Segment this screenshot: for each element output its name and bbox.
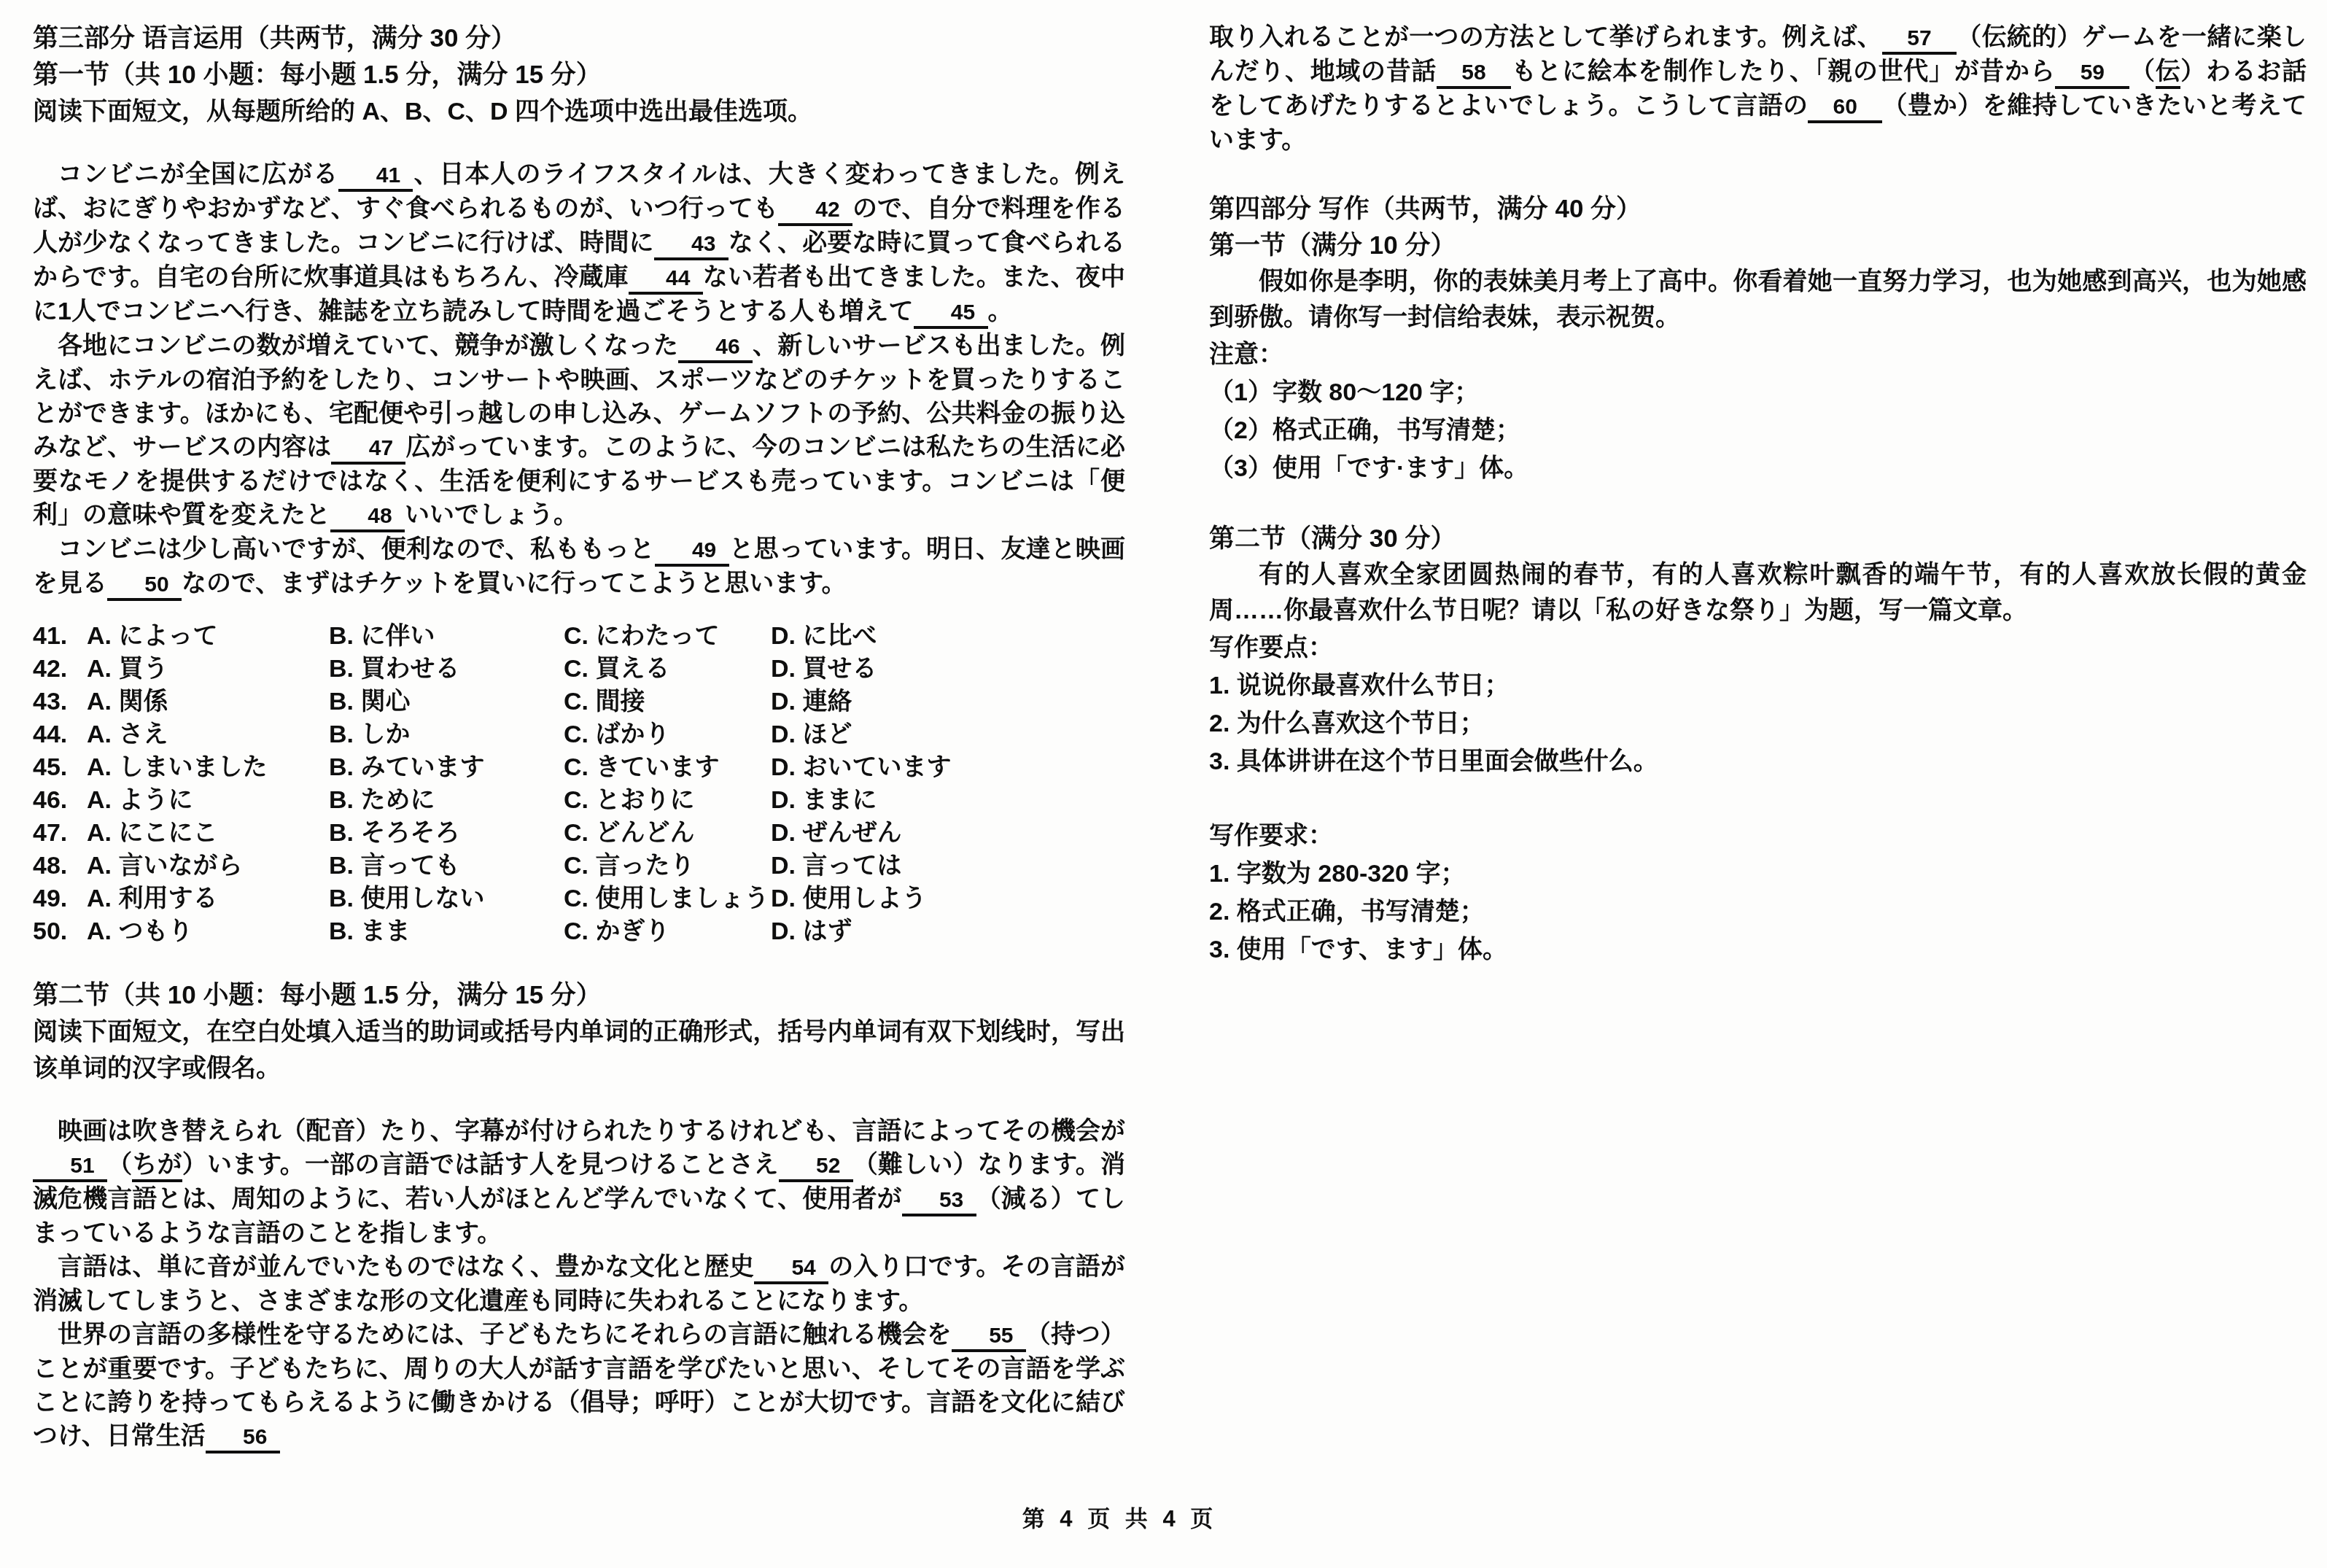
option-row: 43.A. 関係B. 関心C. 間接D. 連絡 bbox=[33, 686, 1125, 718]
option-a: A. つもり bbox=[87, 915, 329, 948]
option-row: 41.A. によってB. に伴いC. にわたってD. に比べ bbox=[33, 620, 1125, 653]
option-d: D. 言っては bbox=[771, 850, 1125, 882]
option-a: A. によって bbox=[87, 620, 329, 653]
option-row: 50.A. つもりB. ままC. かぎりD. はず bbox=[33, 915, 1125, 948]
question-number: 42. bbox=[33, 653, 87, 686]
option-d: D. ぜんぜん bbox=[771, 817, 1125, 850]
passage2-paragraph: 世界の言語の多様性を守るためには、子どもたちにそれらの言語に触れる機会を55（持… bbox=[33, 1318, 1125, 1453]
option-c: C. きています bbox=[564, 751, 771, 784]
option-d: D. 使用しよう bbox=[771, 882, 1125, 915]
question-number: 48. bbox=[33, 850, 87, 882]
writing2-prompt-block: 有的人喜欢全家团圆热闹的春节，有的人喜欢粽叶飘香的端午节，有的人喜欢放长假的黄金… bbox=[1209, 557, 2307, 629]
blank-51: 51 bbox=[33, 1154, 107, 1182]
question-number: 45. bbox=[33, 751, 87, 784]
option-c: C. ばかり bbox=[564, 718, 771, 751]
option-row: 49.A. 利用するB. 使用しないC. 使用しましょうD. 使用しよう bbox=[33, 882, 1125, 915]
option-b: B. に伴い bbox=[329, 620, 564, 653]
page-footer: 第 4 页 共 4 页 bbox=[0, 1500, 2239, 1533]
blank-45: 45 bbox=[914, 300, 988, 329]
question-number: 44. bbox=[33, 718, 87, 751]
passage2-continuation-paragraph: 取り入れることが一つの方法として挙げられます。例えば、57（伝統的）ゲームを一緒… bbox=[1209, 20, 2307, 158]
writing1-heading: 第一节（满分 10 分） bbox=[1209, 228, 2307, 264]
option-row: 45.A. しまいましたB. みていますC. きていますD. おいています bbox=[33, 751, 1125, 784]
blank-58: 58 bbox=[1437, 61, 1511, 89]
option-c: C. どんどん bbox=[564, 817, 771, 850]
option-a: A. にこにこ bbox=[87, 817, 329, 850]
option-d: D. おいています bbox=[771, 751, 1125, 784]
question-number: 46. bbox=[33, 784, 87, 817]
option-row: 44.A. さえB. しかC. ばかりD. ほど bbox=[33, 718, 1125, 751]
option-b: B. 使用しない bbox=[329, 882, 564, 915]
option-d: D. に比べ bbox=[771, 620, 1125, 653]
option-d: D. はず bbox=[771, 915, 1125, 948]
option-a: A. 関係 bbox=[87, 686, 329, 718]
passage1: コンビニが全国に広がる41、日本人のライフスタイルは、大きく変わってきました。例… bbox=[33, 158, 1125, 601]
option-b: B. まま bbox=[329, 915, 564, 948]
question-number: 50. bbox=[33, 915, 87, 948]
section1-instruction: 阅读下面短文，从每题所给的 A、B、C、D 四个选项中选出最佳选项。 bbox=[33, 93, 1125, 130]
section1-heading: 第一节（共 10 小题：每小题 1.5 分，满分 15 分） bbox=[33, 57, 1125, 93]
question-number: 47. bbox=[33, 817, 87, 850]
note-item: （1）字数 80～120 字； bbox=[1209, 373, 2307, 411]
option-d: D. 連絡 bbox=[771, 686, 1125, 718]
passage1-paragraph: 各地にコンビニの数が増えていて、競争が激しくなった46、新しいサービスも出ました… bbox=[33, 329, 1125, 532]
section2-instruction: 阅读下面短文，在空白处填入适当的助词或括号内单词的正确形式，括号内单词有双下划线… bbox=[33, 1014, 1125, 1087]
blank-50: 50 bbox=[107, 573, 182, 601]
option-c: C. 言ったり bbox=[564, 850, 771, 882]
option-c: C. 間接 bbox=[564, 686, 771, 718]
option-a: A. 利用する bbox=[87, 882, 329, 915]
right-column: 取り入れることが一つの方法として挙げられます。例えば、57（伝統的）ゲームを一緒… bbox=[1209, 20, 2307, 969]
outline-item: 1. 说说你最喜欢什么节日； bbox=[1209, 667, 2307, 705]
requirement-item: 2. 格式正确，书写清楚； bbox=[1209, 893, 2307, 931]
left-column: 第三部分 语言运用（共两节，满分 30 分） 第一节（共 10 小题：每小题 1… bbox=[33, 20, 1125, 1453]
option-a: A. しまいました bbox=[87, 751, 329, 784]
option-c: C. にわたって bbox=[564, 620, 771, 653]
blank-52: 52 bbox=[779, 1154, 853, 1182]
requirements-block: 写作要求： 1. 字数为 280-320 字； 2. 格式正确，书写清楚； 3.… bbox=[1209, 817, 2307, 969]
blank-49: 49 bbox=[655, 538, 729, 567]
option-c: C. かぎり bbox=[564, 915, 771, 948]
blank-59: 59 bbox=[2055, 61, 2129, 89]
blank-55: 55 bbox=[952, 1324, 1026, 1352]
blank-42: 42 bbox=[778, 198, 852, 226]
part4-heading: 第四部分 写作（共两节，满分 40 分） bbox=[1209, 191, 2307, 228]
option-b: B. しか bbox=[329, 718, 564, 751]
option-c: C. とおりに bbox=[564, 784, 771, 817]
blank-41: 41 bbox=[338, 163, 413, 192]
option-a: A. ように bbox=[87, 784, 329, 817]
option-row: 47.A. にこにこB. そろそろC. どんどんD. ぜんぜん bbox=[33, 817, 1125, 850]
option-row: 46.A. ようにB. ためにC. とおりにD. ままに bbox=[33, 784, 1125, 817]
option-d: D. ままに bbox=[771, 784, 1125, 817]
note-item: （3）使用「です·ます」体。 bbox=[1209, 449, 2307, 487]
option-b: B. ために bbox=[329, 784, 564, 817]
writing2-prompt: 有的人喜欢全家团圆热闹的春节，有的人喜欢粽叶飘香的端午节，有的人喜欢放长假的黄金… bbox=[1209, 557, 2307, 629]
blank-46: 46 bbox=[678, 335, 753, 363]
passage2-continuation: 取り入れることが一つの方法として挙げられます。例えば、57（伝統的）ゲームを一緒… bbox=[1209, 20, 2307, 158]
blank-54: 54 bbox=[754, 1256, 828, 1284]
option-b: B. みています bbox=[329, 751, 564, 784]
requirement-item: 1. 字数为 280-320 字； bbox=[1209, 855, 2307, 893]
option-d: D. 買せる bbox=[771, 653, 1125, 686]
requirements-label: 写作要求： bbox=[1209, 817, 2307, 855]
outline-label: 写作要点： bbox=[1209, 629, 2307, 667]
option-a: A. 言いながら bbox=[87, 850, 329, 882]
writing2-heading: 第二节（满分 30 分） bbox=[1209, 521, 2307, 557]
writing1-prompt-block: 假如你是李明，你的表妹美月考上了高中。你看着她一直努力学习，也为她感到高兴，也为… bbox=[1209, 264, 2307, 335]
underlined-word: 伝 bbox=[2156, 58, 2181, 89]
question-number: 43. bbox=[33, 686, 87, 718]
section2: 第二节（共 10 小题：每小题 1.5 分，满分 15 分） 阅读下面短文，在空… bbox=[33, 977, 1125, 1087]
passage1-paragraph: コンビニは少し高いですが、便利なので、私ももっと49と思っています。明日、友達と… bbox=[33, 532, 1125, 601]
blank-60: 60 bbox=[1808, 95, 1882, 123]
outline-item: 2. 为什么喜欢这个节日； bbox=[1209, 705, 2307, 742]
option-b: B. 言っても bbox=[329, 850, 564, 882]
note-item: （2）格式正确，书写清楚； bbox=[1209, 411, 2307, 449]
option-a: A. さえ bbox=[87, 718, 329, 751]
option-b: B. 関心 bbox=[329, 686, 564, 718]
passage2-paragraph: 言語は、単に音が並んでいたものではなく、豊かな文化と歴史54の入り口です。その言… bbox=[33, 1250, 1125, 1318]
option-a: A. 買う bbox=[87, 653, 329, 686]
option-row: 42.A. 買うB. 買わせるC. 買えるD. 買せる bbox=[33, 653, 1125, 686]
blank-47: 47 bbox=[331, 436, 405, 465]
option-b: B. 買わせる bbox=[329, 653, 564, 686]
blank-53: 53 bbox=[902, 1188, 976, 1216]
blank-44: 44 bbox=[629, 266, 703, 295]
part3-heading: 第三部分 语言运用（共两节，满分 30 分） bbox=[33, 20, 1125, 57]
option-c: C. 使用しましょう bbox=[564, 882, 771, 915]
outline-block: 写作要点： 1. 说说你最喜欢什么节日； 2. 为什么喜欢这个节日； 3. 具体… bbox=[1209, 629, 2307, 780]
question-number: 41. bbox=[33, 620, 87, 653]
question-number: 49. bbox=[33, 882, 87, 915]
option-row: 48.A. 言いながらB. 言ってもC. 言ったりD. 言っては bbox=[33, 850, 1125, 882]
blank-57: 57 bbox=[1882, 26, 1957, 55]
blank-43: 43 bbox=[654, 232, 729, 260]
cloze-options-table: 41.A. によってB. に伴いC. にわたってD. に比べ 42.A. 買うB… bbox=[33, 620, 1125, 948]
section2-heading: 第二节（共 10 小题：每小题 1.5 分，满分 15 分） bbox=[33, 977, 1125, 1014]
option-d: D. ほど bbox=[771, 718, 1125, 751]
outline-item: 3. 具体讲讲在这个节日里面会做些什么。 bbox=[1209, 742, 2307, 780]
underlined-word: ちが bbox=[132, 1151, 182, 1182]
option-c: C. 買える bbox=[564, 653, 771, 686]
option-b: B. そろそろ bbox=[329, 817, 564, 850]
passage1-paragraph: コンビニが全国に広がる41、日本人のライフスタイルは、大きく変わってきました。例… bbox=[33, 158, 1125, 329]
passage2: 映画は吹き替えられ（配音）たり、字幕が付けられたりするけれども、言語によってその… bbox=[33, 1114, 1125, 1453]
requirement-item: 3. 使用「です、ます」体。 bbox=[1209, 931, 2307, 969]
blank-56: 56 bbox=[206, 1425, 280, 1453]
blank-48: 48 bbox=[330, 504, 405, 532]
writing1-prompt: 假如你是李明，你的表妹美月考上了高中。你看着她一直努力学习，也为她感到高兴，也为… bbox=[1209, 264, 2307, 335]
passage2-paragraph: 映画は吹き替えられ（配音）たり、字幕が付けられたりするけれども、言語によってその… bbox=[33, 1114, 1125, 1250]
exam-page: 第三部分 语言运用（共两节，满分 30 分） 第一节（共 10 小题：每小题 1… bbox=[0, 0, 2327, 1568]
notes-block: 注意： （1）字数 80～120 字； （2）格式正确，书写清楚； （3）使用「… bbox=[1209, 335, 2307, 487]
notes-label: 注意： bbox=[1209, 335, 2307, 373]
